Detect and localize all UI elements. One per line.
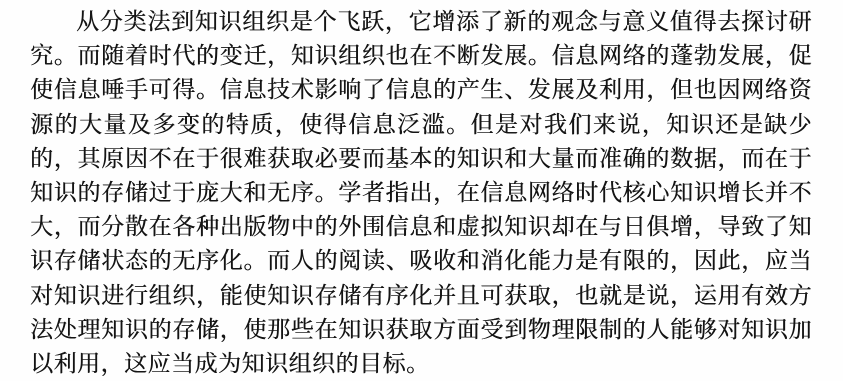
- text-line: 法处理知识的存储，使那些在知识获取方面受到物理限制的人能够对知识加: [30, 313, 812, 347]
- paragraph: 从分类法到知识组织是个飞跃，它增添了新的观念与意义值得去探讨研 究。而随着时代的…: [30, 5, 812, 381]
- text-line: 从分类法到知识组织是个飞跃，它增添了新的观念与意义值得去探讨研: [30, 5, 812, 39]
- text-line: 识存储状态的无序化。而人的阅读、吸收和消化能力是有限的，因此，应当: [30, 244, 812, 278]
- text-line: 大，而分散在各种出版物中的外围信息和虚拟知识却在与日俱增，导致了知: [30, 210, 812, 244]
- text-line: 对知识进行组织，能使知识存储有序化并且可获取，也就是说，运用有效方: [30, 279, 812, 313]
- text-line: 究。而随着时代的变迁，知识组织也在不断发展。信息网络的蓬勃发展，促: [30, 39, 812, 73]
- text-line: 知识的存储过于庞大和无序。学者指出，在信息网络时代核心知识增长并不: [30, 176, 812, 210]
- text-line: 的，其原因不在于很难获取必要而基本的知识和大量而准确的数据，而在于: [30, 142, 812, 176]
- text-line: 以利用，这应当成为知识组织的目标。: [30, 347, 812, 381]
- scanned-document-page: 从分类法到知识组织是个飞跃，它增添了新的观念与意义值得去探讨研 究。而随着时代的…: [0, 0, 843, 381]
- text-line: 使信息唾手可得。信息技术影响了信息的产生、发展及利用，但也因网络资: [30, 73, 812, 107]
- text-line: 源的大量及多变的特质，使得信息泛滥。但是对我们来说，知识还是缺少: [30, 108, 812, 142]
